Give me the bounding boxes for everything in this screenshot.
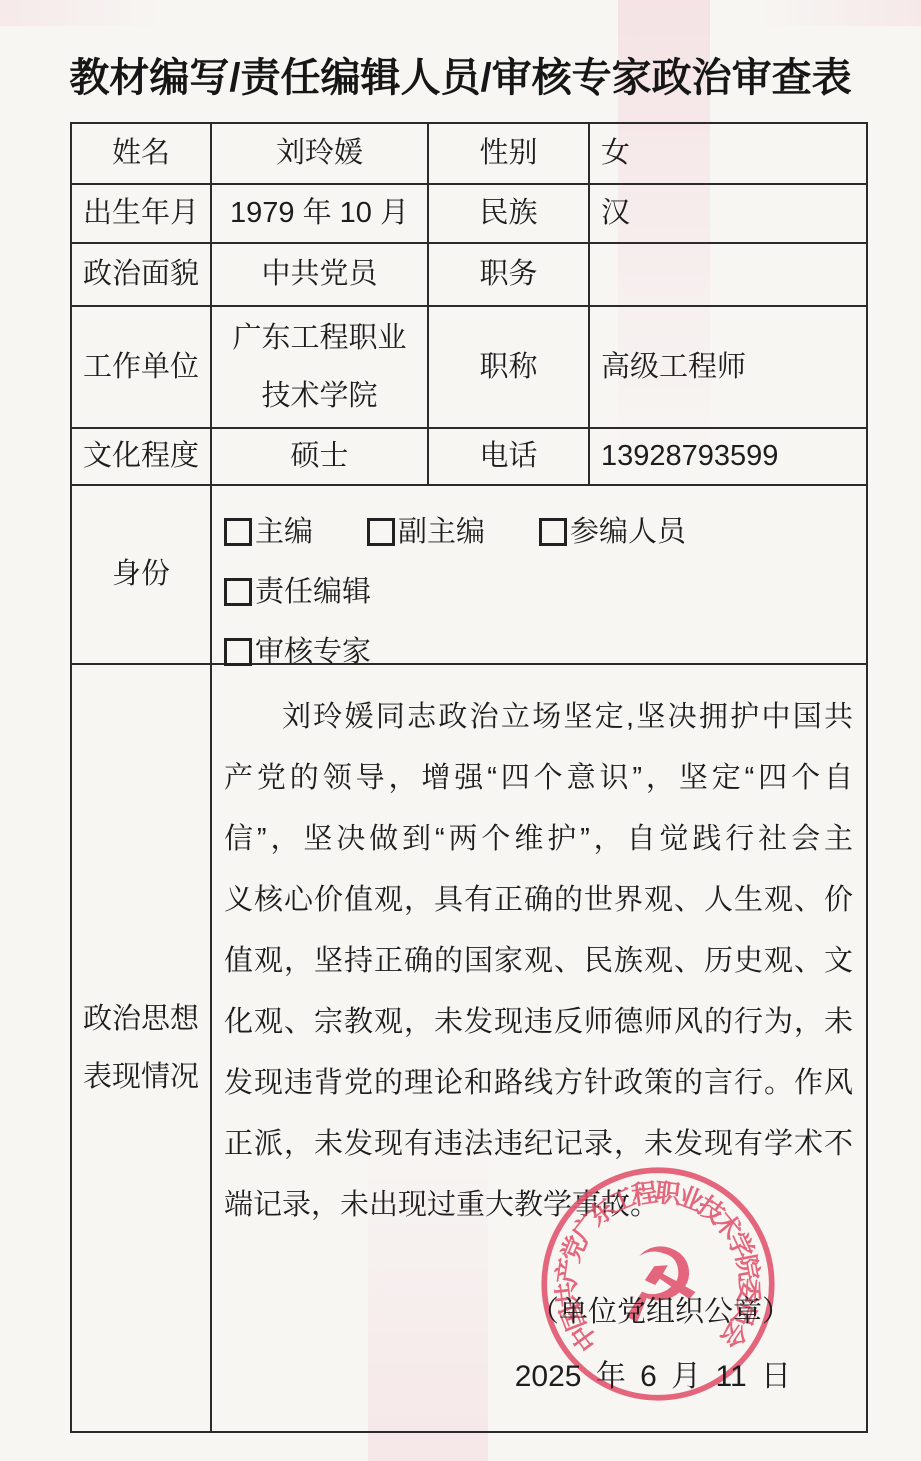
scanned-form-page: 教材编写/责任编辑人员/审核专家政治审查表 姓名 刘玲媛 性别 女 出生年月 1… — [0, 0, 921, 1461]
label-position: 职务 — [429, 244, 590, 307]
review-text-line: 产党的领导，增强“四个意识”，坚定“四个自 — [224, 748, 853, 809]
label-political-status: 政治面貌 — [72, 244, 212, 307]
option-label: 副主编 — [398, 515, 485, 550]
value-birthdate: 1979 年 10 月 — [212, 185, 429, 244]
label-professional-title: 职称 — [429, 307, 590, 429]
value-name: 刘玲媛 — [212, 124, 429, 185]
value-gender: 女 — [590, 124, 866, 185]
review-form-table: 姓名 刘玲媛 性别 女 出生年月 1979 年 10 月 民族 汉 政治面貌 中… — [70, 122, 868, 1433]
label-name: 姓名 — [72, 124, 212, 185]
option-deputy-editor: 副主编 — [367, 515, 485, 550]
value-work-unit-line2: 技术学院 — [261, 367, 377, 425]
checkbox-unchecked-icon — [367, 518, 395, 546]
label-work-unit: 工作单位 — [72, 307, 212, 429]
political-review-content: 刘玲媛同志政治立场坚定,坚决拥护中国共 产党的领导，增强“四个意识”，坚定“四个… — [212, 665, 866, 1431]
stamp-note: （单位党组织公章） — [530, 1295, 791, 1330]
review-text-line: 值观，坚持正确的国家观、民族观、历史观、文 — [224, 931, 853, 992]
label-education: 文化程度 — [72, 429, 212, 486]
label-birthdate: 出生年月 — [72, 185, 212, 244]
scan-tint-artifact — [0, 0, 921, 26]
label-political-review-line2: 表现情况 — [83, 1048, 199, 1106]
label-political-review: 政治思想 表现情况 — [72, 665, 212, 1431]
checkbox-unchecked-icon — [224, 518, 252, 546]
review-text-line: 发现违背党的理论和路线方针政策的言行。作风 — [224, 1053, 853, 1114]
identity-options-row2: 责任编辑 — [224, 562, 866, 622]
checkbox-unchecked-icon — [224, 638, 252, 666]
value-professional-title: 高级工程师 — [590, 307, 866, 429]
checkbox-unchecked-icon — [224, 578, 252, 606]
option-contributor: 参编人员 — [539, 515, 686, 550]
value-phone: 13928793599 — [590, 429, 866, 486]
value-political-status: 中共党员 — [212, 244, 429, 307]
identity-options: 主编 副主编 参编人员 责任编辑 — [212, 486, 866, 665]
review-text-line: 义核心价值观，具有正确的世界观、人生观、价 — [224, 870, 853, 931]
value-education: 硕士 — [212, 429, 429, 486]
value-ethnicity: 汉 — [590, 185, 866, 244]
option-label: 参编人员 — [570, 515, 686, 550]
label-ethnicity: 民族 — [429, 185, 590, 244]
form-title: 教材编写/责任编辑人员/审核专家政治审查表 — [0, 46, 921, 103]
label-political-review-line1: 政治思想 — [83, 990, 199, 1048]
review-text-line: 刘玲媛同志政治立场坚定,坚决拥护中国共 — [224, 687, 853, 748]
checkbox-unchecked-icon — [539, 518, 567, 546]
sign-date: 2025 年 6 月 11 日 — [515, 1359, 791, 1395]
value-work-unit: 广东工程职业 技术学院 — [212, 307, 429, 429]
label-gender: 性别 — [429, 124, 590, 185]
option-chief-editor: 主编 — [224, 515, 313, 550]
option-label: 主编 — [255, 515, 313, 550]
review-text-line: 化观、宗教观，未发现违反师德师风的行为，未 — [224, 992, 853, 1053]
label-phone: 电话 — [429, 429, 590, 486]
label-identity: 身份 — [72, 486, 212, 665]
review-text-line: 信”，坚决做到“两个维护”，自觉践行社会主 — [224, 809, 853, 870]
value-position — [590, 244, 866, 307]
option-responsible-editor: 责任编辑 — [224, 575, 371, 610]
value-work-unit-line1: 广东工程职业 — [232, 309, 406, 367]
identity-options-row1: 主编 副主编 参编人员 — [224, 502, 866, 562]
option-label: 责任编辑 — [255, 575, 371, 610]
